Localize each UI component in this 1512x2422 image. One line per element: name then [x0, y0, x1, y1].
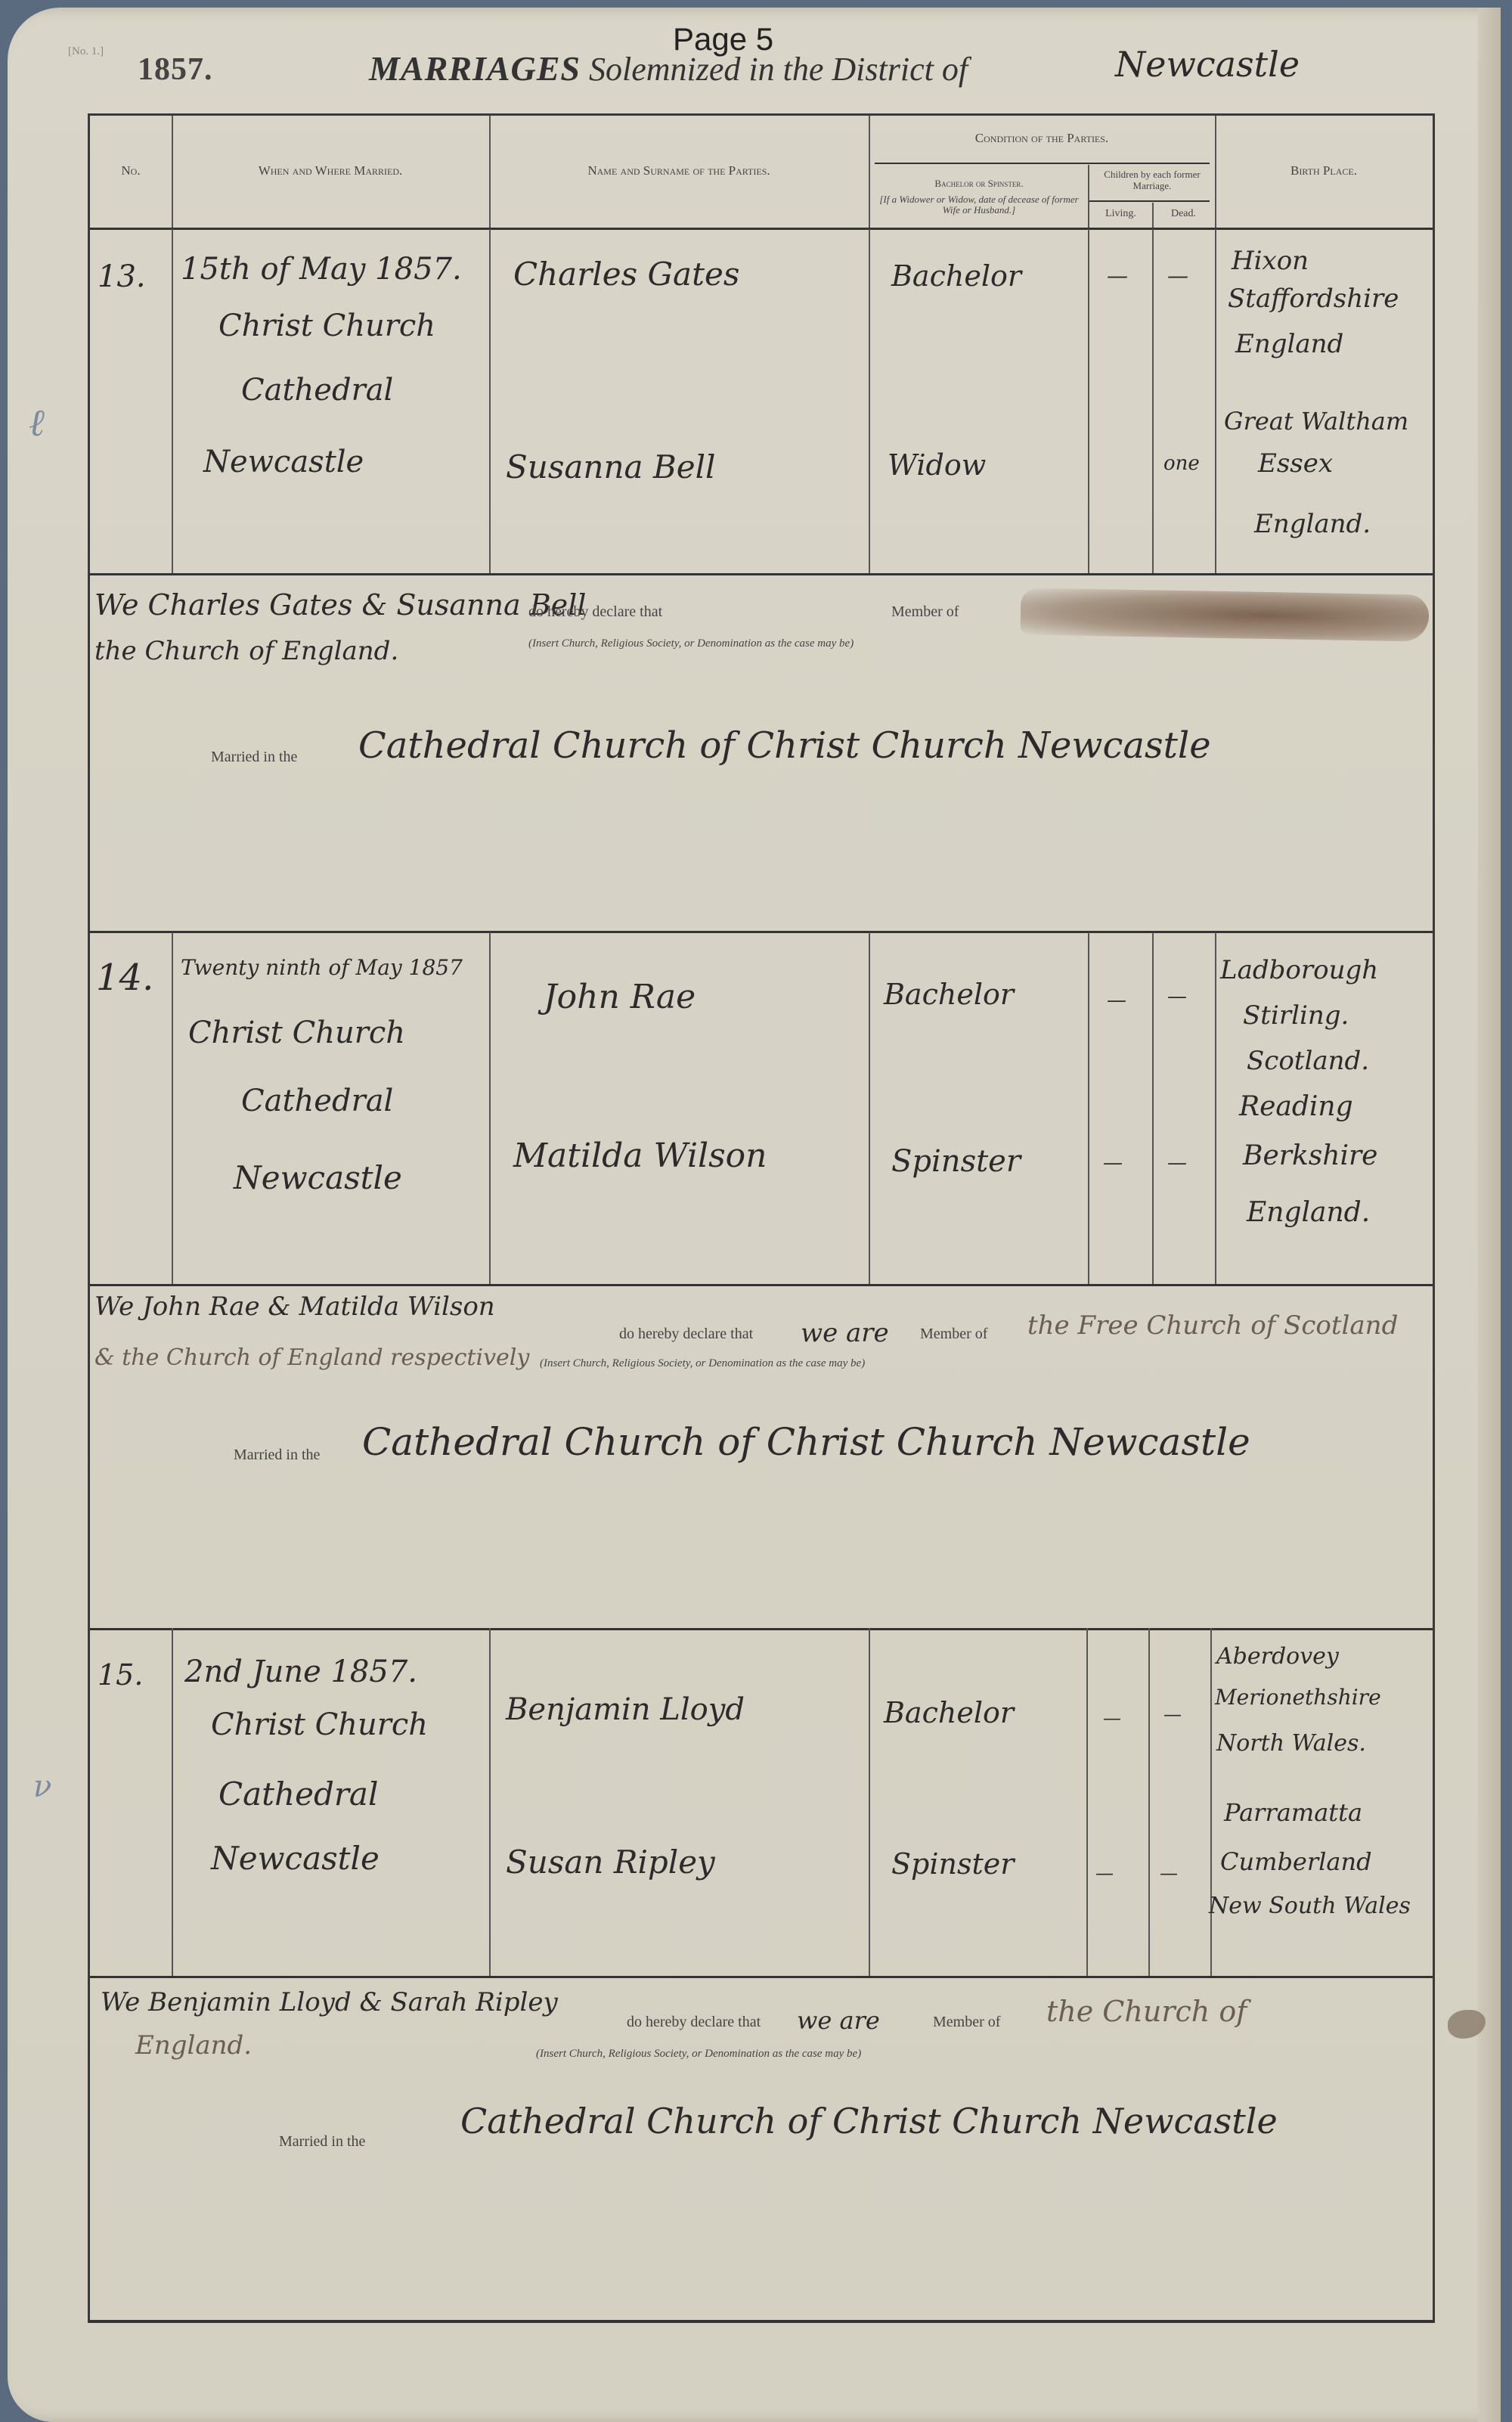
margin-check-mark: ν: [33, 1769, 51, 1804]
form-number: [No. 1.]: [68, 45, 104, 58]
declaration-church: & the Church of England respectively: [94, 1344, 529, 1371]
bride-condition: Widow: [888, 448, 986, 482]
page-edge: [1478, 8, 1501, 2422]
we-are: we are: [797, 2006, 880, 2035]
married-in-label: Married in the: [279, 2133, 365, 2151]
register-year: 1857.: [138, 51, 213, 88]
groom-name: Benjamin Lloyd: [506, 1692, 745, 1727]
col-header-condition: Condition of the Parties.: [869, 131, 1215, 146]
bride-birthplace-line: Cumberland: [1220, 1847, 1372, 1876]
groom-children-living: —: [1107, 989, 1126, 1012]
marriage-place-line: Christ Church: [218, 309, 435, 343]
col-header-bachelor-spinster: Bachelor or Spinster.: [872, 178, 1086, 190]
declare-label: do hereby declare that: [627, 2014, 761, 2031]
col-header-children: Children by each former Marriage.: [1089, 169, 1215, 191]
declaration-church: the Church of England.: [94, 636, 398, 666]
married-in-value: Cathedral Church of Christ Church Newcas…: [460, 2101, 1278, 2141]
ink-smudge: [1021, 588, 1430, 641]
groom-name: Charles Gates: [513, 256, 739, 293]
marriage-place-line: Cathedral: [241, 1084, 393, 1118]
marriage-place-line: Christ Church: [188, 1016, 405, 1050]
bride-birthplace-line: Berkshire: [1243, 1140, 1377, 1171]
groom-name: John Rae: [544, 978, 696, 1016]
groom-birthplace-line: Staffordshire: [1228, 284, 1399, 314]
groom-birthplace-line: England: [1235, 329, 1343, 359]
bride-name: Susanna Bell: [506, 448, 716, 485]
bride-birthplace-line: England.: [1247, 1197, 1370, 1228]
bride-birthplace-line: England.: [1254, 509, 1371, 539]
member-of-label: Member of: [920, 1326, 987, 1343]
married-in-label: Married in the: [211, 749, 297, 766]
marriage-place-line: Newcastle: [203, 445, 364, 479]
col-header-names: Name and Surname of the Parties.: [489, 163, 869, 178]
groom-condition: Bachelor: [891, 259, 1021, 293]
col-header-birth-place: Birth Place.: [1215, 163, 1433, 178]
insert-note: (Insert Church, Religious Society, or De…: [540, 1357, 865, 1370]
groom-birthplace-line: Scotland.: [1247, 1046, 1369, 1076]
married-in-value: Cathedral Church of Christ Church Newcas…: [362, 1420, 1250, 1464]
marriage-place-line: Newcastle: [234, 1159, 402, 1196]
bride-birthplace-line: Great Waltham: [1224, 407, 1408, 436]
groom-birthplace-line: North Wales.: [1216, 1730, 1366, 1757]
bride-children-dead: one: [1163, 452, 1200, 475]
page-title: MARRIAGES Solemnized in the District of: [369, 48, 968, 88]
district-name: Newcastle: [1115, 44, 1300, 85]
marriage-register-table: No. When and Where Married. Name and Sur…: [88, 113, 1435, 2323]
groom-children-dead: —: [1163, 1704, 1182, 1725]
groom-children-dead: —: [1167, 263, 1188, 288]
col-header-living: Living.: [1089, 208, 1152, 220]
marriage-date: 2nd June 1857.: [184, 1654, 417, 1689]
member-of-label: Member of: [933, 2014, 1000, 2031]
groom-children-dead: —: [1167, 985, 1187, 1008]
groom-children-living: —: [1103, 1707, 1121, 1729]
declare-label: do hereby declare that: [528, 603, 662, 621]
bride-birthplace-line: Essex: [1258, 448, 1333, 479]
groom-children-living: —: [1107, 263, 1128, 288]
declare-label: do hereby declare that: [619, 1326, 753, 1343]
margin-check-mark: ℓ: [29, 401, 45, 445]
bride-name: Susan Ripley: [506, 1844, 715, 1881]
bride-children-dead: —: [1167, 1152, 1187, 1174]
groom-birthplace-line: Hixon: [1232, 246, 1309, 276]
groom-condition: Bachelor: [884, 1696, 1014, 1729]
col-header-when-where: When and Where Married.: [172, 163, 489, 178]
groom-condition: Bachelor: [884, 978, 1014, 1011]
marriage-place-line: Cathedral: [241, 373, 393, 408]
groom-birthplace-line: Ladborough: [1220, 955, 1378, 985]
groom-birthplace-line: Merionethshire: [1215, 1685, 1381, 1710]
marriage-date: Twenty ninth of May 1857: [181, 955, 463, 980]
entry-number: 15.: [98, 1658, 143, 1692]
bride-birthplace-line: Parramatta: [1224, 1798, 1362, 1827]
we-are: we are: [801, 1318, 889, 1348]
marriage-place-line: Cathedral: [218, 1775, 378, 1813]
married-in-value: Cathedral Church of Christ Church Newcas…: [358, 724, 1211, 767]
register-page: [No. 1.] 1857. Page 5 MARRIAGES Solemniz…: [8, 8, 1501, 2422]
groom-birthplace-line: Aberdovey: [1216, 1643, 1339, 1670]
declaration-names: We Benjamin Lloyd & Sarah Ripley: [101, 1987, 558, 2017]
declaration-names: We Charles Gates & Susanna Bell: [94, 588, 586, 622]
groom-birthplace-line: Stirling.: [1243, 1000, 1349, 1031]
married-in-label: Married in the: [234, 1447, 320, 1464]
insert-note: (Insert Church, Religious Society, or De…: [528, 637, 854, 650]
declaration-names: We John Rae & Matilda Wilson: [94, 1292, 495, 1322]
marriage-date: 15th of May 1857.: [181, 252, 462, 287]
insert-note: (Insert Church, Religious Society, or De…: [536, 2048, 861, 2061]
bride-children-living: —: [1103, 1152, 1123, 1174]
col-header-widow-note: [If a Widower or Widow, date of decease …: [873, 194, 1085, 216]
entry-number: 13.: [98, 259, 146, 294]
col-header-no: No.: [90, 163, 172, 178]
bride-condition: Spinster: [891, 1144, 1021, 1179]
member-church: the Church of: [1046, 1995, 1247, 2028]
title-bold: MARRIAGES: [369, 49, 581, 88]
bride-name: Matilda Wilson: [513, 1137, 767, 1175]
bride-children-dead: —: [1160, 1862, 1178, 1884]
bride-birthplace-line: Reading: [1239, 1091, 1353, 1122]
bride-birthplace-line: New South Wales: [1209, 1893, 1411, 1919]
member-church: the Free Church of Scotland: [1027, 1310, 1398, 1341]
marriage-place-line: Christ Church: [211, 1707, 428, 1742]
member-of-label: Member of: [891, 603, 959, 621]
bride-children-living: —: [1095, 1862, 1114, 1884]
entry-number: 14.: [96, 957, 153, 999]
declaration-church: England.: [135, 2030, 252, 2061]
col-header-dead: Dead.: [1152, 208, 1215, 220]
bride-condition: Spinster: [891, 1847, 1014, 1881]
marriage-place-line: Newcastle: [211, 1840, 380, 1877]
title-rest: Solemnized in the District of: [589, 51, 968, 88]
